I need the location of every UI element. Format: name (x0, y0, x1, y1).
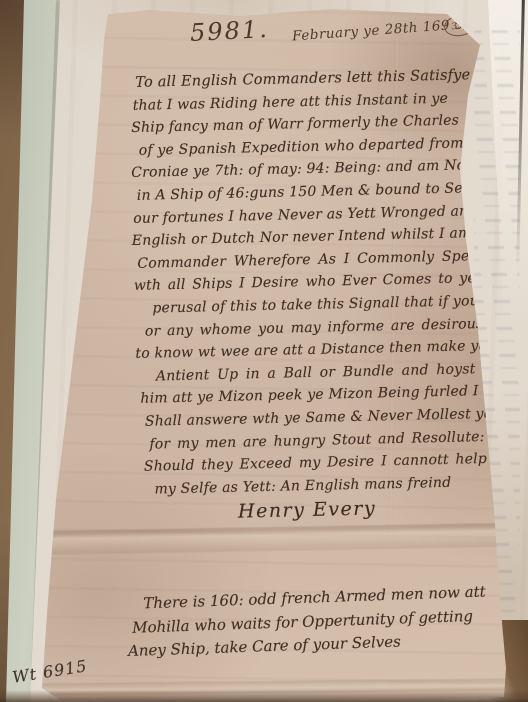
horizontal-fold-crease (30, 523, 510, 555)
signature-henry-every: Henry Every (238, 495, 509, 524)
letter-body: To all English Commanders lett this Sati… (128, 64, 509, 526)
photograph-of-manuscript: 5981. February ye 28th 169 5/4 354 To al… (0, 0, 528, 702)
postscript-block: There is 160: odd french Armed men now a… (126, 580, 488, 663)
bottom-edge-shadow (0, 690, 528, 702)
letter-sheet: 5981. February ye 28th 169 5/4 354 To al… (30, 5, 510, 702)
catalog-number: 5981. (189, 15, 269, 47)
